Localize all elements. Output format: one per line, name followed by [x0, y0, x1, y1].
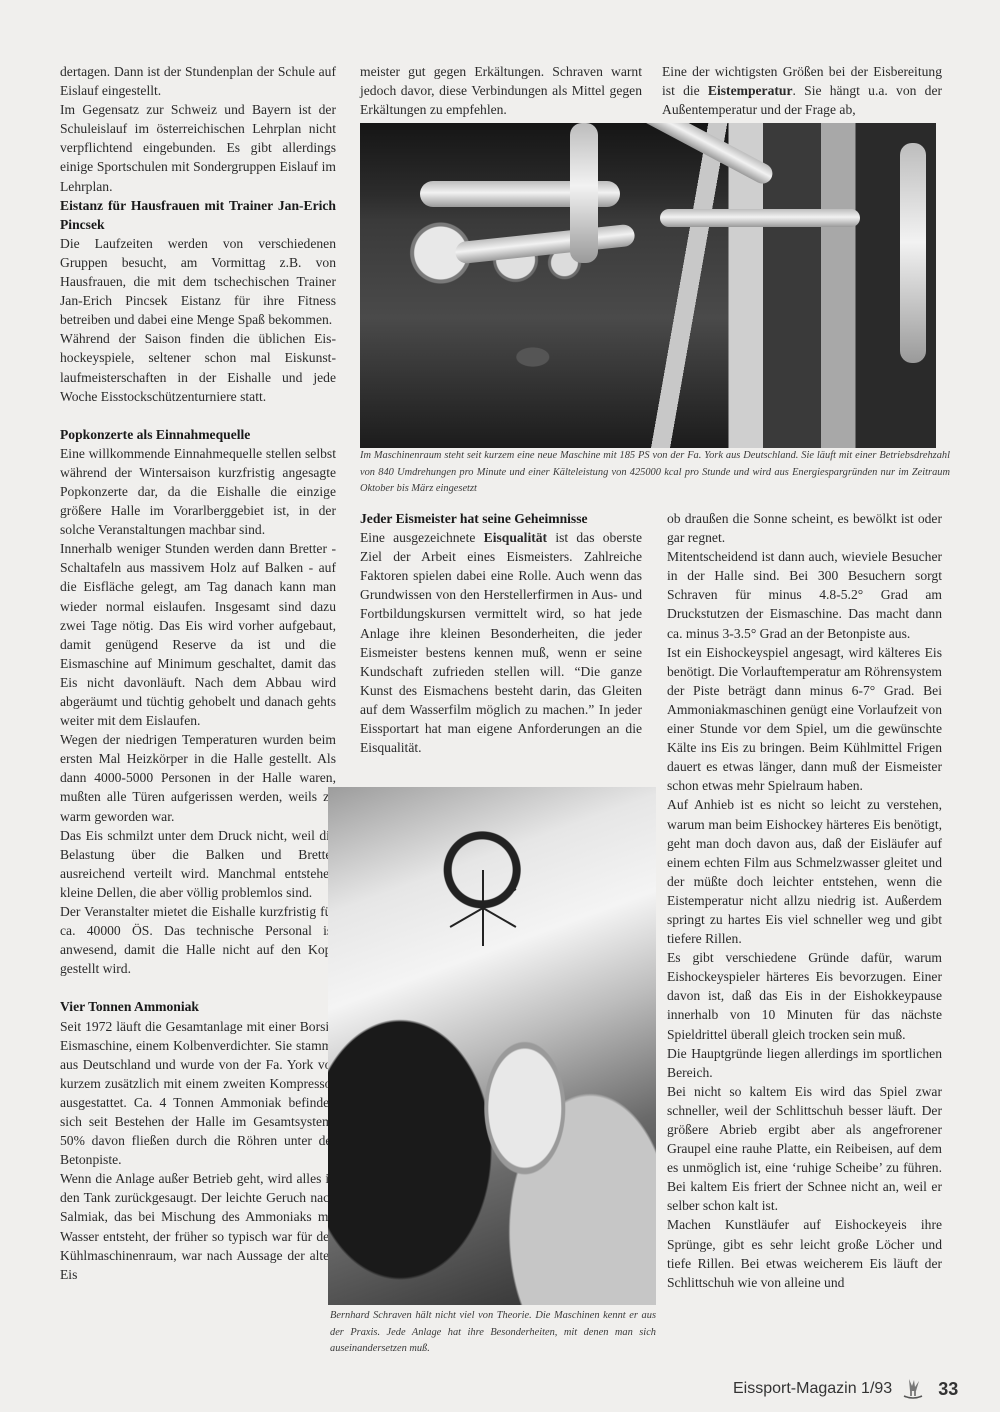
- paragraph: Eine willkommende Einnahmequelle stellen…: [60, 444, 336, 539]
- emphasis: Eisqualität: [484, 530, 547, 545]
- paragraph: Wenn die Anlage außer Betrieb geht, wird…: [60, 1169, 336, 1284]
- magazine-name: Eissport-Magazin 1/93: [733, 1380, 892, 1398]
- ice-master-photo: [328, 787, 656, 1305]
- paragraph: Eine ausgezeichnete Eisqualität ist das …: [360, 528, 642, 757]
- paragraph: Im Gegensatz zur Schweiz und Bayern ist …: [60, 100, 336, 195]
- paragraph: Es gibt verschiedene Gründe dafür, warum…: [667, 948, 942, 1043]
- paragraph: Während der Saison finden die üblichen E…: [60, 329, 336, 405]
- paragraph: Das Eis schmilzt unter dem Druck nicht, …: [60, 826, 336, 902]
- article-column-3-top: Eine der wichtigsten Größen bei der Eisb…: [662, 62, 942, 119]
- paragraph: ob draußen die Sonne scheint, es bewölkt…: [667, 509, 942, 547]
- emphasis: Eistemperatur: [708, 83, 793, 98]
- paragraph: Ist ein Eishockeyspiel angesagt, wird kä…: [667, 643, 942, 796]
- paragraph: Wegen der niedrigen Temperaturen wur­den…: [60, 730, 336, 825]
- pipe-shape: [454, 224, 635, 265]
- paragraph: Innerhalb weniger Stunden werden dann Br…: [60, 539, 336, 730]
- page-number: 33: [938, 1379, 958, 1400]
- spacer: [60, 406, 336, 425]
- paragraph: Machen Kunstläufer auf Eishockeyeis ihre…: [667, 1215, 942, 1291]
- section-heading: Vier Tonnen Ammoniak: [60, 997, 336, 1016]
- spacer: [60, 978, 336, 997]
- paragraph: Mitentscheidend ist dann auch, wieviele …: [667, 547, 942, 642]
- section-heading: Popkonzerte als Einnahmequelle: [60, 425, 336, 444]
- paragraph: Eine der wichtigsten Größen bei der Eisb…: [662, 62, 942, 119]
- section-heading: Eistanz für Hausfrauen mit Trainer Jan-E…: [60, 196, 336, 234]
- pipe-shape: [570, 123, 598, 263]
- section-heading: Jeder Eismeister hat seine Geheimnisse: [360, 509, 642, 528]
- paragraph: Die Hauptgründe liegen allerdings im spo…: [667, 1044, 942, 1082]
- page-footer: Eissport-Magazin 1/93 33: [733, 1376, 958, 1402]
- pipe-shape: [634, 123, 776, 187]
- paragraph: Bei nicht so kaltem Eis wird das Spiel z…: [667, 1082, 942, 1216]
- photo-caption: Bernhard Schraven hält nicht viel von Th…: [330, 1308, 656, 1358]
- article-column-2-bottom: Jeder Eismeister hat seine Geheimnisse E…: [360, 509, 642, 757]
- article-column-2-top: meister gut gegen Erkältungen. Schraven …: [360, 62, 642, 119]
- skater-logo-icon: [900, 1376, 926, 1402]
- machine-room-photo: [360, 123, 936, 448]
- pipe-shape: [900, 143, 926, 363]
- paragraph: Die Laufzeiten werden von verschiedenen …: [60, 234, 336, 329]
- paragraph: Der Veranstalter mietet die Eishalle kur…: [60, 902, 336, 978]
- paragraph: Seit 1972 läuft die Gesamtanlage mit ein…: [60, 1017, 336, 1170]
- paragraph: Auf Anhieb ist es nicht so leicht zu ver…: [667, 795, 942, 948]
- paragraph: meister gut gegen Erkältungen. Schraven …: [360, 62, 642, 119]
- photo-caption: Im Maschinenraum steht seit kurzem eine …: [360, 448, 950, 498]
- article-column-3-bottom: ob draußen die Sonne scheint, es bewölkt…: [667, 509, 942, 1292]
- pipe-shape: [660, 209, 860, 227]
- paragraph: dertagen. Dann ist der Stundenplan der S…: [60, 62, 336, 100]
- article-column-1: dertagen. Dann ist der Stundenplan der S…: [60, 62, 336, 1284]
